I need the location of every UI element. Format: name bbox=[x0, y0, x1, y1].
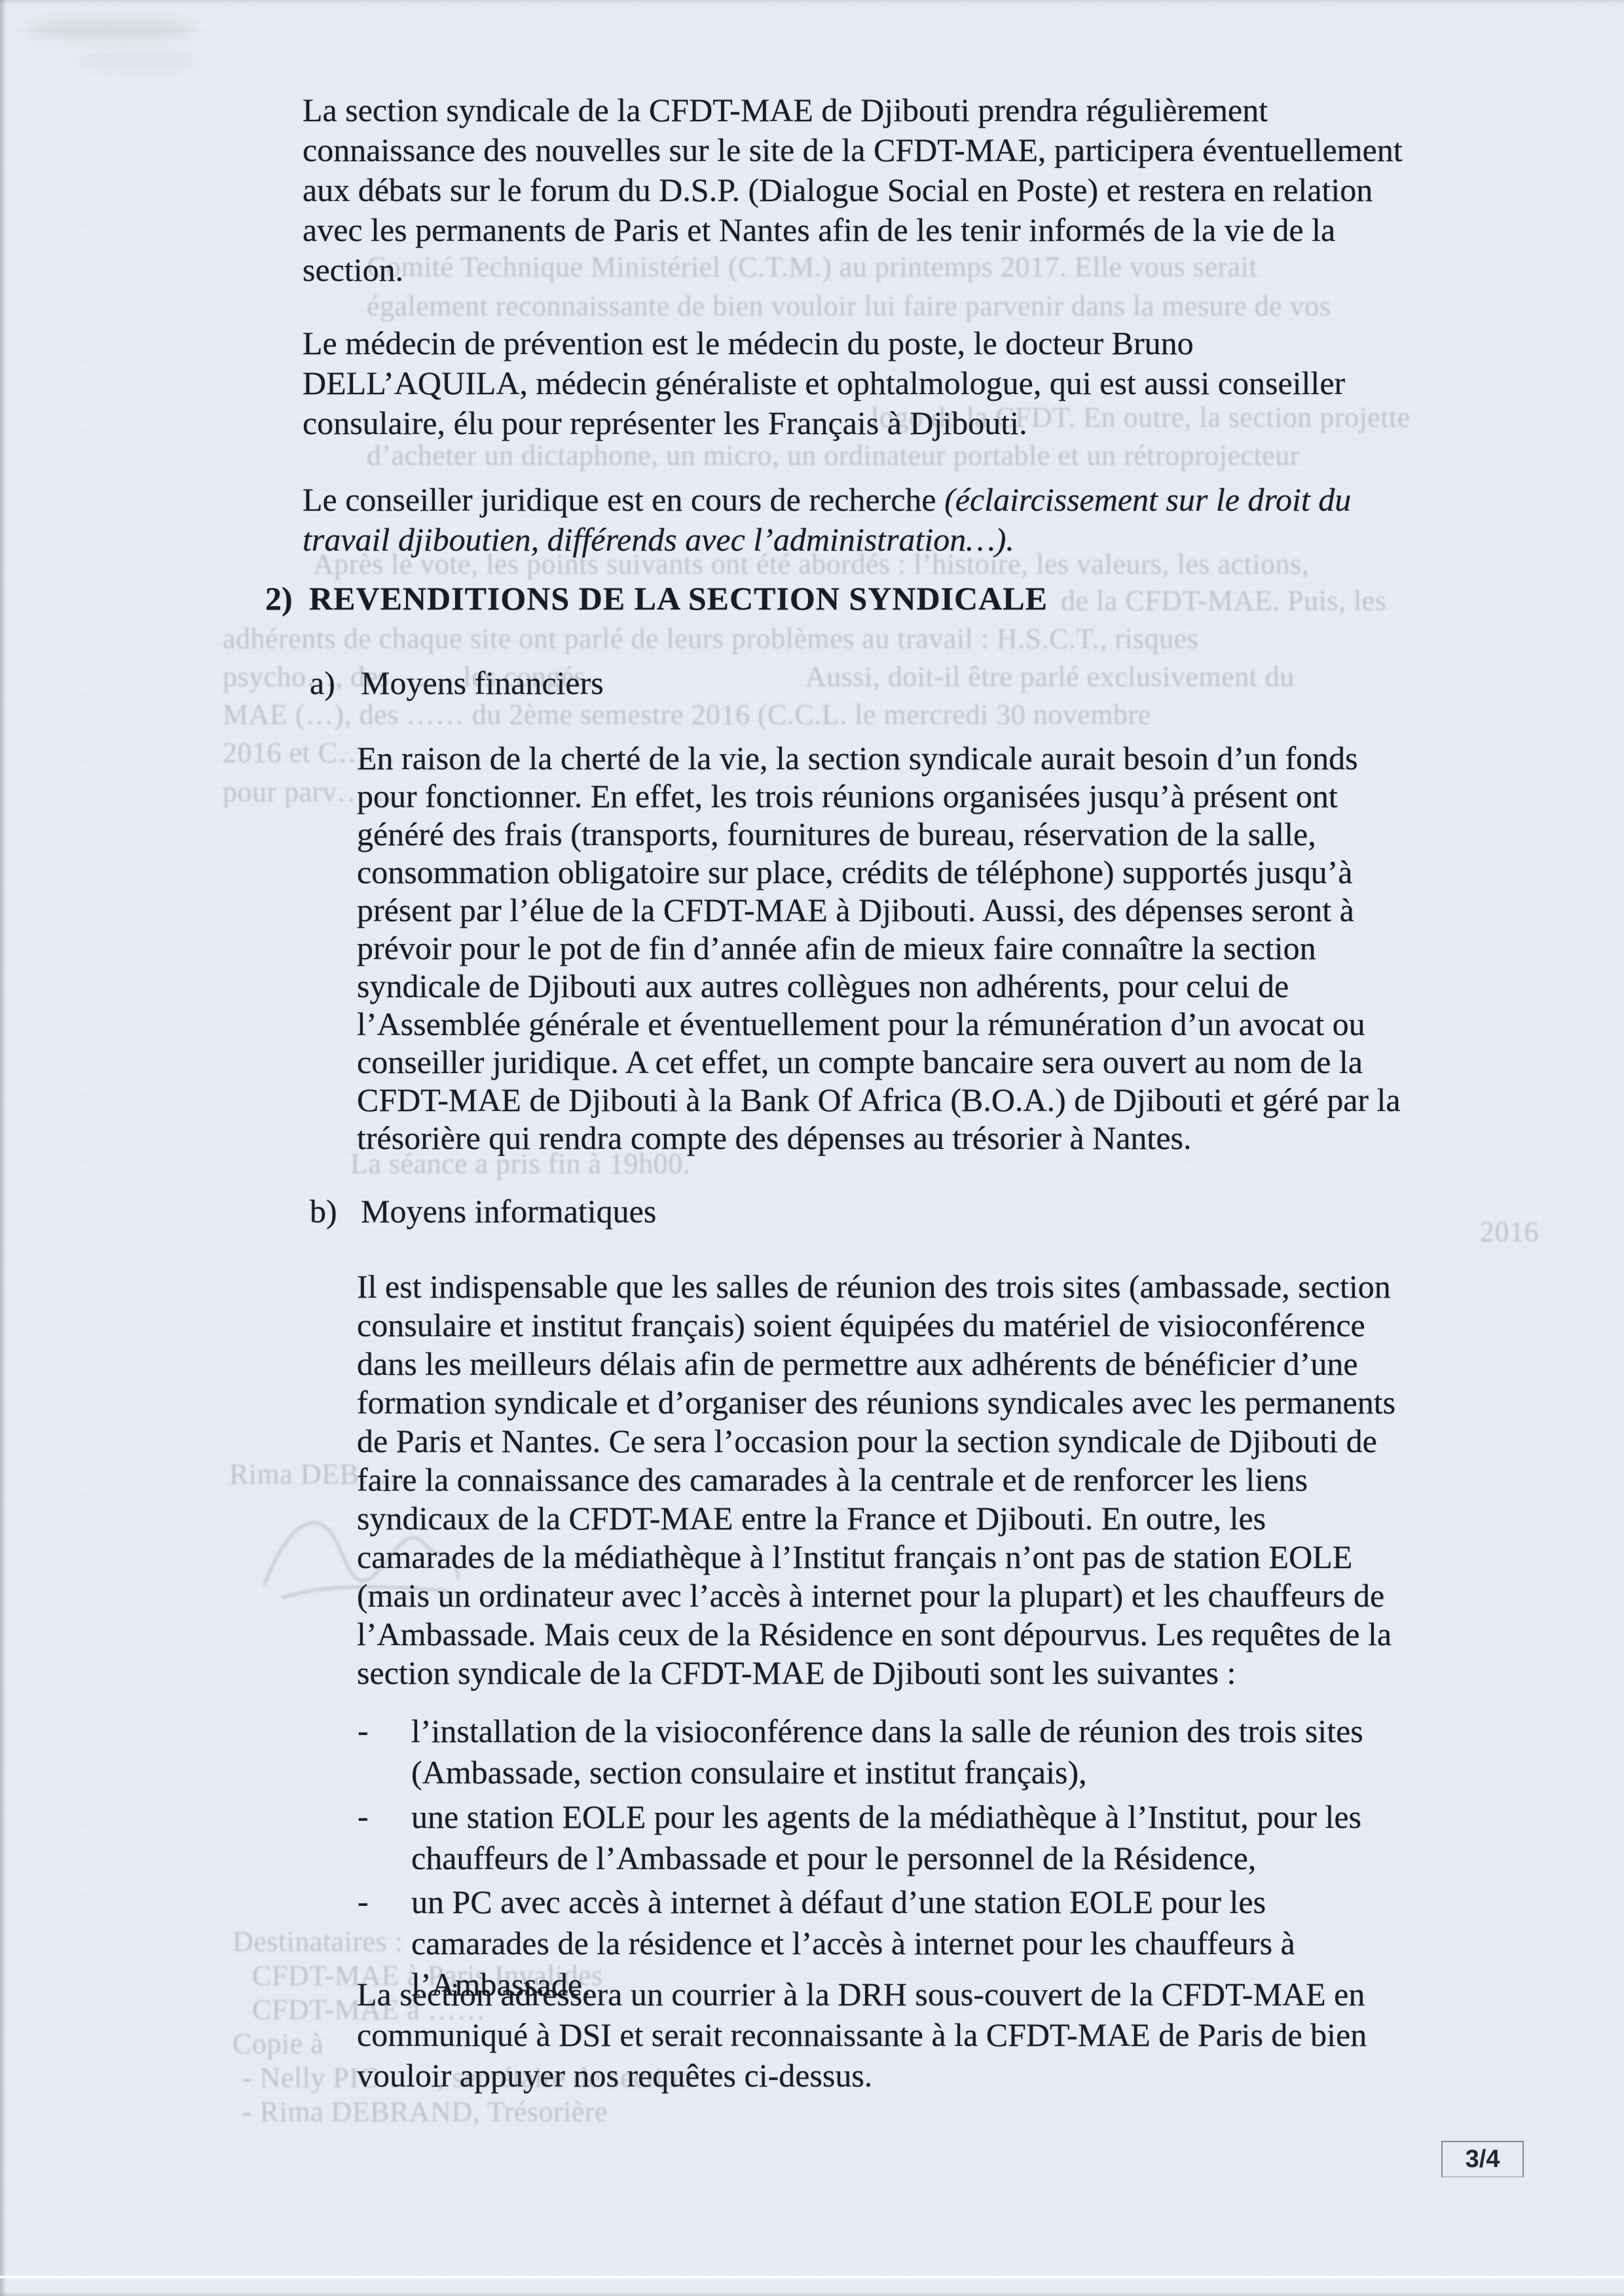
list-item: - une station EOLE pour les agents de la… bbox=[358, 1796, 1409, 1879]
list-item-dash: - bbox=[358, 1882, 369, 1922]
list-item-dash: - bbox=[358, 1711, 369, 1751]
scan-top-edge bbox=[0, 0, 1624, 4]
subsection-b-body: Il est indispensable que les salles de r… bbox=[357, 1267, 1405, 1692]
section-2-title: REVENDITIONS DE LA SECTION SYNDICALE bbox=[309, 579, 1048, 619]
list-item-text: l’installation de la visioconférence dan… bbox=[411, 1711, 1403, 1793]
ghost-text: d’acheter un dictaphone, un micro, un or… bbox=[367, 439, 1300, 472]
ghost-text: de la CFDT-MAE. Puis, les bbox=[1061, 584, 1386, 617]
scan-smudge bbox=[26, 18, 196, 41]
paragraph-medecin: Le médecin de prévention est le médecin … bbox=[303, 323, 1403, 443]
scan-left-edge bbox=[0, 0, 7, 2296]
paragraph-juridique-normal: Le conseiller juridique est en cours de … bbox=[303, 481, 944, 518]
scanned-document-page: { "page": { "number": "3/4" }, "doc": { … bbox=[0, 0, 1624, 2296]
section-2-number: 2) bbox=[265, 579, 293, 619]
ghost-text: également reconnaissante de bien vouloir… bbox=[367, 289, 1331, 323]
subsection-b-label: b) bbox=[310, 1192, 337, 1231]
scan-artifact-line bbox=[0, 2276, 1624, 2278]
subsection-a-title: Moyens financiers bbox=[361, 663, 604, 703]
page-number-box: 3/4 bbox=[1441, 2141, 1524, 2178]
subsection-b-title: Moyens informatiques bbox=[361, 1192, 656, 1231]
paragraph-intro: La section syndicale de la CFDT-MAE de D… bbox=[303, 90, 1403, 290]
page-number: 3/4 bbox=[1466, 2145, 1500, 2174]
list-item-text: une station EOLE pour les agents de la m… bbox=[411, 1796, 1403, 1879]
ghost-text: Aussi, doit-il être parlé exclusivement … bbox=[805, 660, 1295, 693]
subsection-a-label: a) bbox=[310, 663, 335, 703]
scan-bottom-edge bbox=[0, 2292, 1624, 2296]
scan-smudge bbox=[79, 52, 196, 69]
paragraph-closing: La section adressera un courrier à la DR… bbox=[357, 1974, 1405, 2096]
ghost-text: Copie à bbox=[232, 2027, 323, 2060]
ghost-text: - Rima DEBRAND, Trésorière bbox=[242, 2095, 608, 2128]
list-item: - l’installation de la visioconférence d… bbox=[358, 1711, 1409, 1793]
ghost-text: 2016 bbox=[1480, 1215, 1539, 1248]
list-item-dash: - bbox=[358, 1796, 369, 1836]
ghost-text: adhérents de chaque site ont parlé de le… bbox=[223, 622, 1198, 655]
subsection-a-body: En raison de la cherté de la vie, la sec… bbox=[357, 739, 1405, 1157]
paragraph-juridique: Le conseiller juridique est en cours de … bbox=[303, 480, 1403, 560]
